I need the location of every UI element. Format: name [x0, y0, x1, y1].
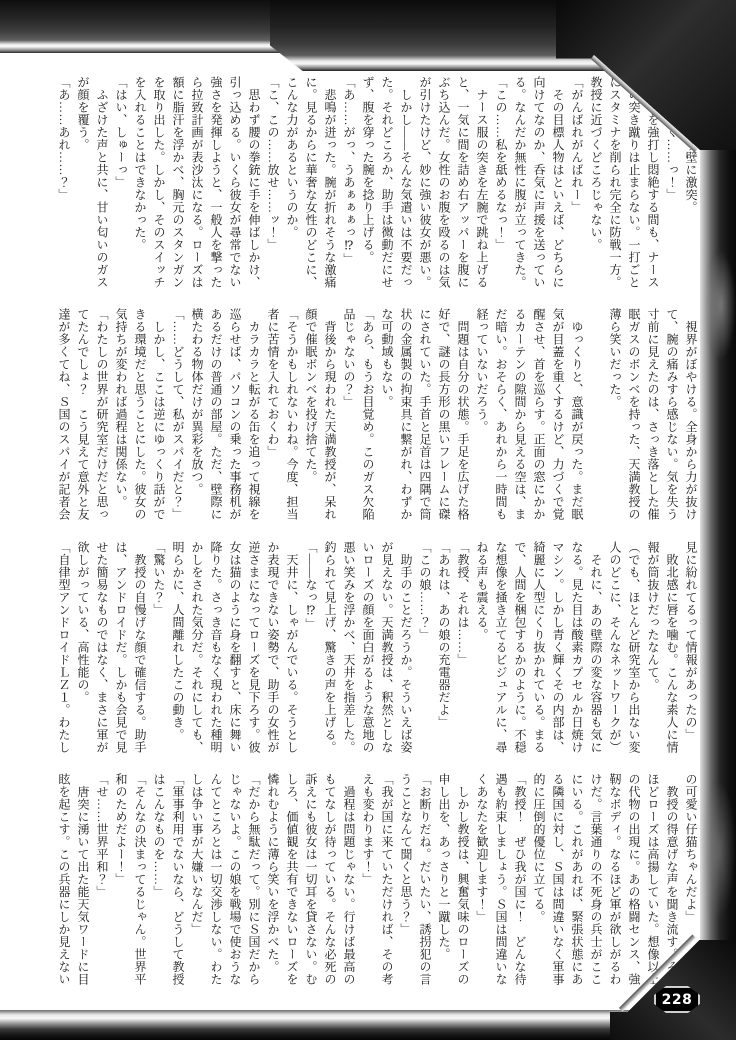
background-photo-texture	[706, 250, 736, 360]
text-band-2: 視界がぼやける。全身から力が抜け て、腕の痛みすら感じない。気を失う 寸前に見え…	[54, 308, 700, 540]
book-page: け流しきれず壁に激突。 「う……く……っ！」 背中を強打し悶絶する間も、ナース …	[0, 0, 736, 1040]
page-number: 228	[662, 992, 693, 1008]
text-band-4: の可愛い仔猫ちゃんだよ」 教授の得意げな声を聞き流す。それ ほどローズは高揚して…	[54, 773, 700, 997]
top-banner-graphic-left	[0, 0, 310, 53]
text-band-1: け流しきれず壁に激突。 「う……く……っ！」 背中を強打し悶絶する間も、ナース …	[54, 76, 700, 308]
text-band-3: 見に紛れてるって情報があったの」 敗北感に唇を噛む。こんな素人に情 報が筒抜けだ…	[54, 541, 700, 773]
page-number-badge: 228	[654, 986, 700, 1013]
background-photo-texture	[702, 780, 736, 920]
